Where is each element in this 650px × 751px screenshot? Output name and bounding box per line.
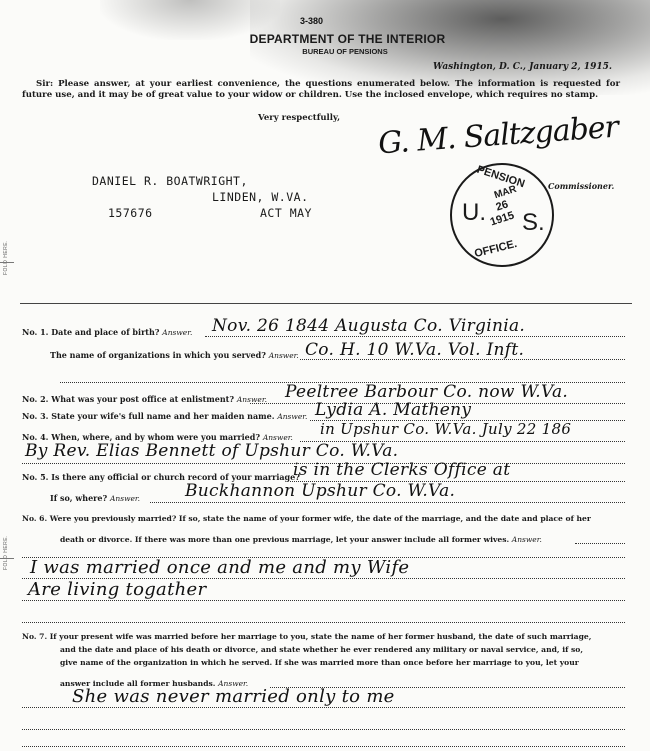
answer-2: Peeltree Barbour Co. now W.Va. — [285, 382, 568, 402]
stamp-bottom-text: OFFICE. — [473, 238, 518, 260]
question-1b: The name of organizations in which you s… — [50, 350, 299, 360]
stamp-top-text: PENSION — [475, 164, 526, 191]
certificate-number: 157676 — [108, 206, 153, 220]
answer-4-line1: in Upshur Co. W.Va. July 22 186 — [320, 420, 571, 438]
fold-line — [0, 558, 14, 559]
dateline: Washington, D. C., January 2, 1915. — [433, 62, 612, 72]
answer-line — [22, 746, 625, 747]
answer-5-where: Buckhannon Upshur Co. W.Va. — [185, 481, 455, 501]
addressee-location: LINDEN, W.VA. — [212, 190, 309, 204]
pension-questionnaire-page: 3-380 DEPARTMENT OF THE INTERIOR BUREAU … — [0, 0, 650, 751]
form-number: 3-380 — [300, 16, 323, 26]
question-7-cont: give name of the organization in which h… — [60, 658, 579, 667]
answer-6-line2: Are living togather — [28, 579, 206, 600]
question-6-cont: death or divorce. If there was more than… — [60, 535, 542, 544]
question-1: No. 1. Date and place of birth? Answer. — [22, 327, 192, 337]
answer-6-line1: I was married once and me and my Wife — [30, 557, 409, 578]
answer-7: She was never married only to me — [72, 686, 395, 707]
answer-4-line2: By Rev. Elias Bennett of Upshur Co. W.Va… — [25, 441, 398, 461]
answer-line — [22, 707, 625, 708]
answer-line — [22, 600, 625, 601]
addressee-name: DANIEL R. BOATWRIGHT, — [92, 174, 248, 188]
answer-line — [575, 543, 625, 544]
question-7: No. 7. If your present wife was married … — [22, 632, 591, 641]
letter-text: Please answer, at your earliest convenie… — [22, 79, 620, 100]
answer-line — [150, 502, 625, 503]
answer-line — [205, 336, 625, 337]
department-heading: DEPARTMENT OF THE INTERIOR — [0, 32, 650, 46]
bureau-heading: BUREAU OF PENSIONS — [0, 47, 650, 56]
answer-1: Nov. 26 1844 Augusta Co. Virginia. — [212, 316, 525, 336]
answer-3: Lydia A. Matheny — [315, 400, 471, 420]
stamp-year: 1915 — [489, 210, 516, 229]
stamp-right-letter: S. — [522, 209, 545, 237]
pension-office-stamp: PENSION U. MAR 26 1915 S. OFFICE. — [450, 163, 554, 267]
answer-1b: Co. H. 10 W.Va. Vol. Inft. — [305, 340, 524, 360]
fold-here-label: FOLD HERE. — [3, 240, 9, 275]
stamp-left-letter: U. — [462, 199, 486, 227]
closing: Very respectfully, — [258, 113, 340, 123]
act-label: ACT MAY — [260, 206, 312, 220]
question-7-cont: and the date and place of his death or d… — [60, 645, 583, 654]
commissioner-signature: G. M. Saltzgaber — [377, 110, 619, 162]
answer-5: is in the Clerks Office at — [293, 460, 510, 480]
fold-here-label: FOLD HERE. — [3, 535, 9, 570]
question-5-where: If so, where? Answer. — [50, 493, 140, 503]
question-6: No. 6. Were you previously married? If s… — [22, 514, 591, 523]
question-3: No. 3. State your wife's full name and h… — [22, 411, 307, 421]
answer-line — [22, 622, 625, 623]
fold-line — [0, 262, 14, 263]
signature-title: Commissioner. — [548, 181, 614, 191]
question-2: No. 2. What was your post office at enli… — [22, 394, 267, 404]
section-divider — [20, 303, 632, 304]
answer-line — [22, 729, 625, 730]
letter-body: Sir: Please answer, at your earliest con… — [22, 79, 620, 101]
salutation: Sir: — [22, 79, 53, 89]
